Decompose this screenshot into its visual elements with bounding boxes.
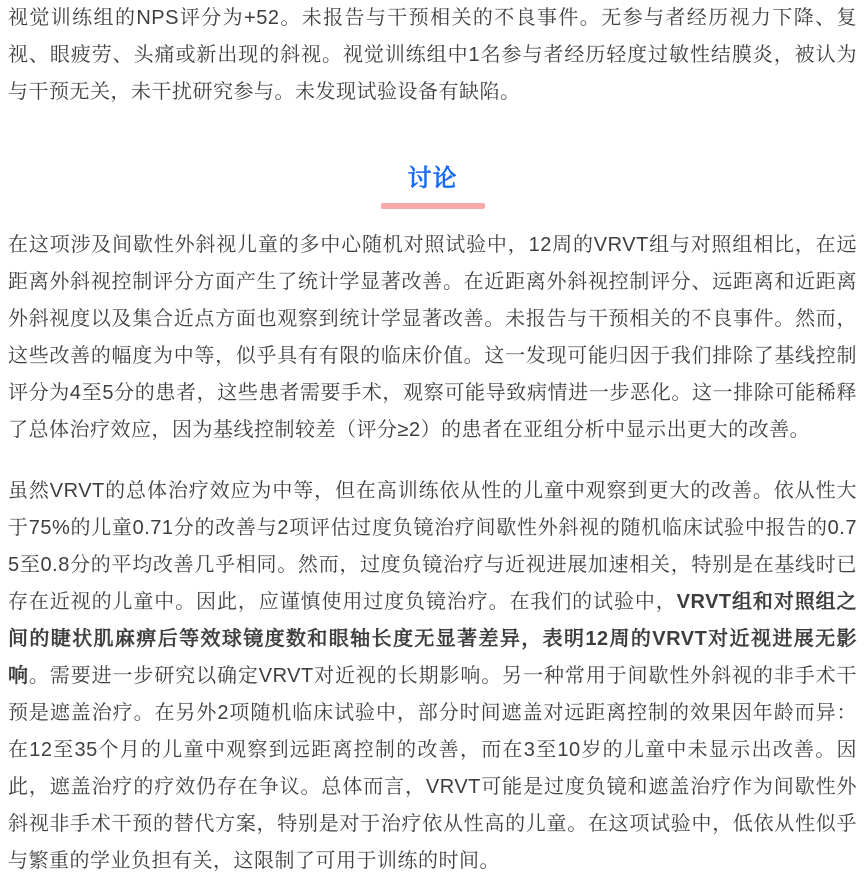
discussion-paragraph-1: 在这项涉及间歇性外斜视儿童的多中心随机对照试验中，12周的VRVT组与对照组相比… <box>8 227 857 449</box>
section-title: 讨论 <box>8 163 857 195</box>
discussion-paragraph-2-tail: 。需要进一步研究以确定VRVT对近视的长期影响。另一种常用于间歇性外斜视的非手术… <box>8 665 857 872</box>
discussion-paragraph-2: 虽然VRVT的总体治疗效应为中等，但在高训练依从性的儿童中观察到更大的改善。依从… <box>8 473 857 880</box>
article-page: 视觉训练组的NPS评分为+52。未报告与干预相关的不良事件。无参与者经历视力下降… <box>0 0 865 894</box>
discussion-section-heading: 讨论 <box>8 163 857 209</box>
heading-underline <box>381 203 485 209</box>
results-paragraph: 视觉训练组的NPS评分为+52。未报告与干预相关的不良事件。无参与者经历视力下降… <box>8 0 857 111</box>
